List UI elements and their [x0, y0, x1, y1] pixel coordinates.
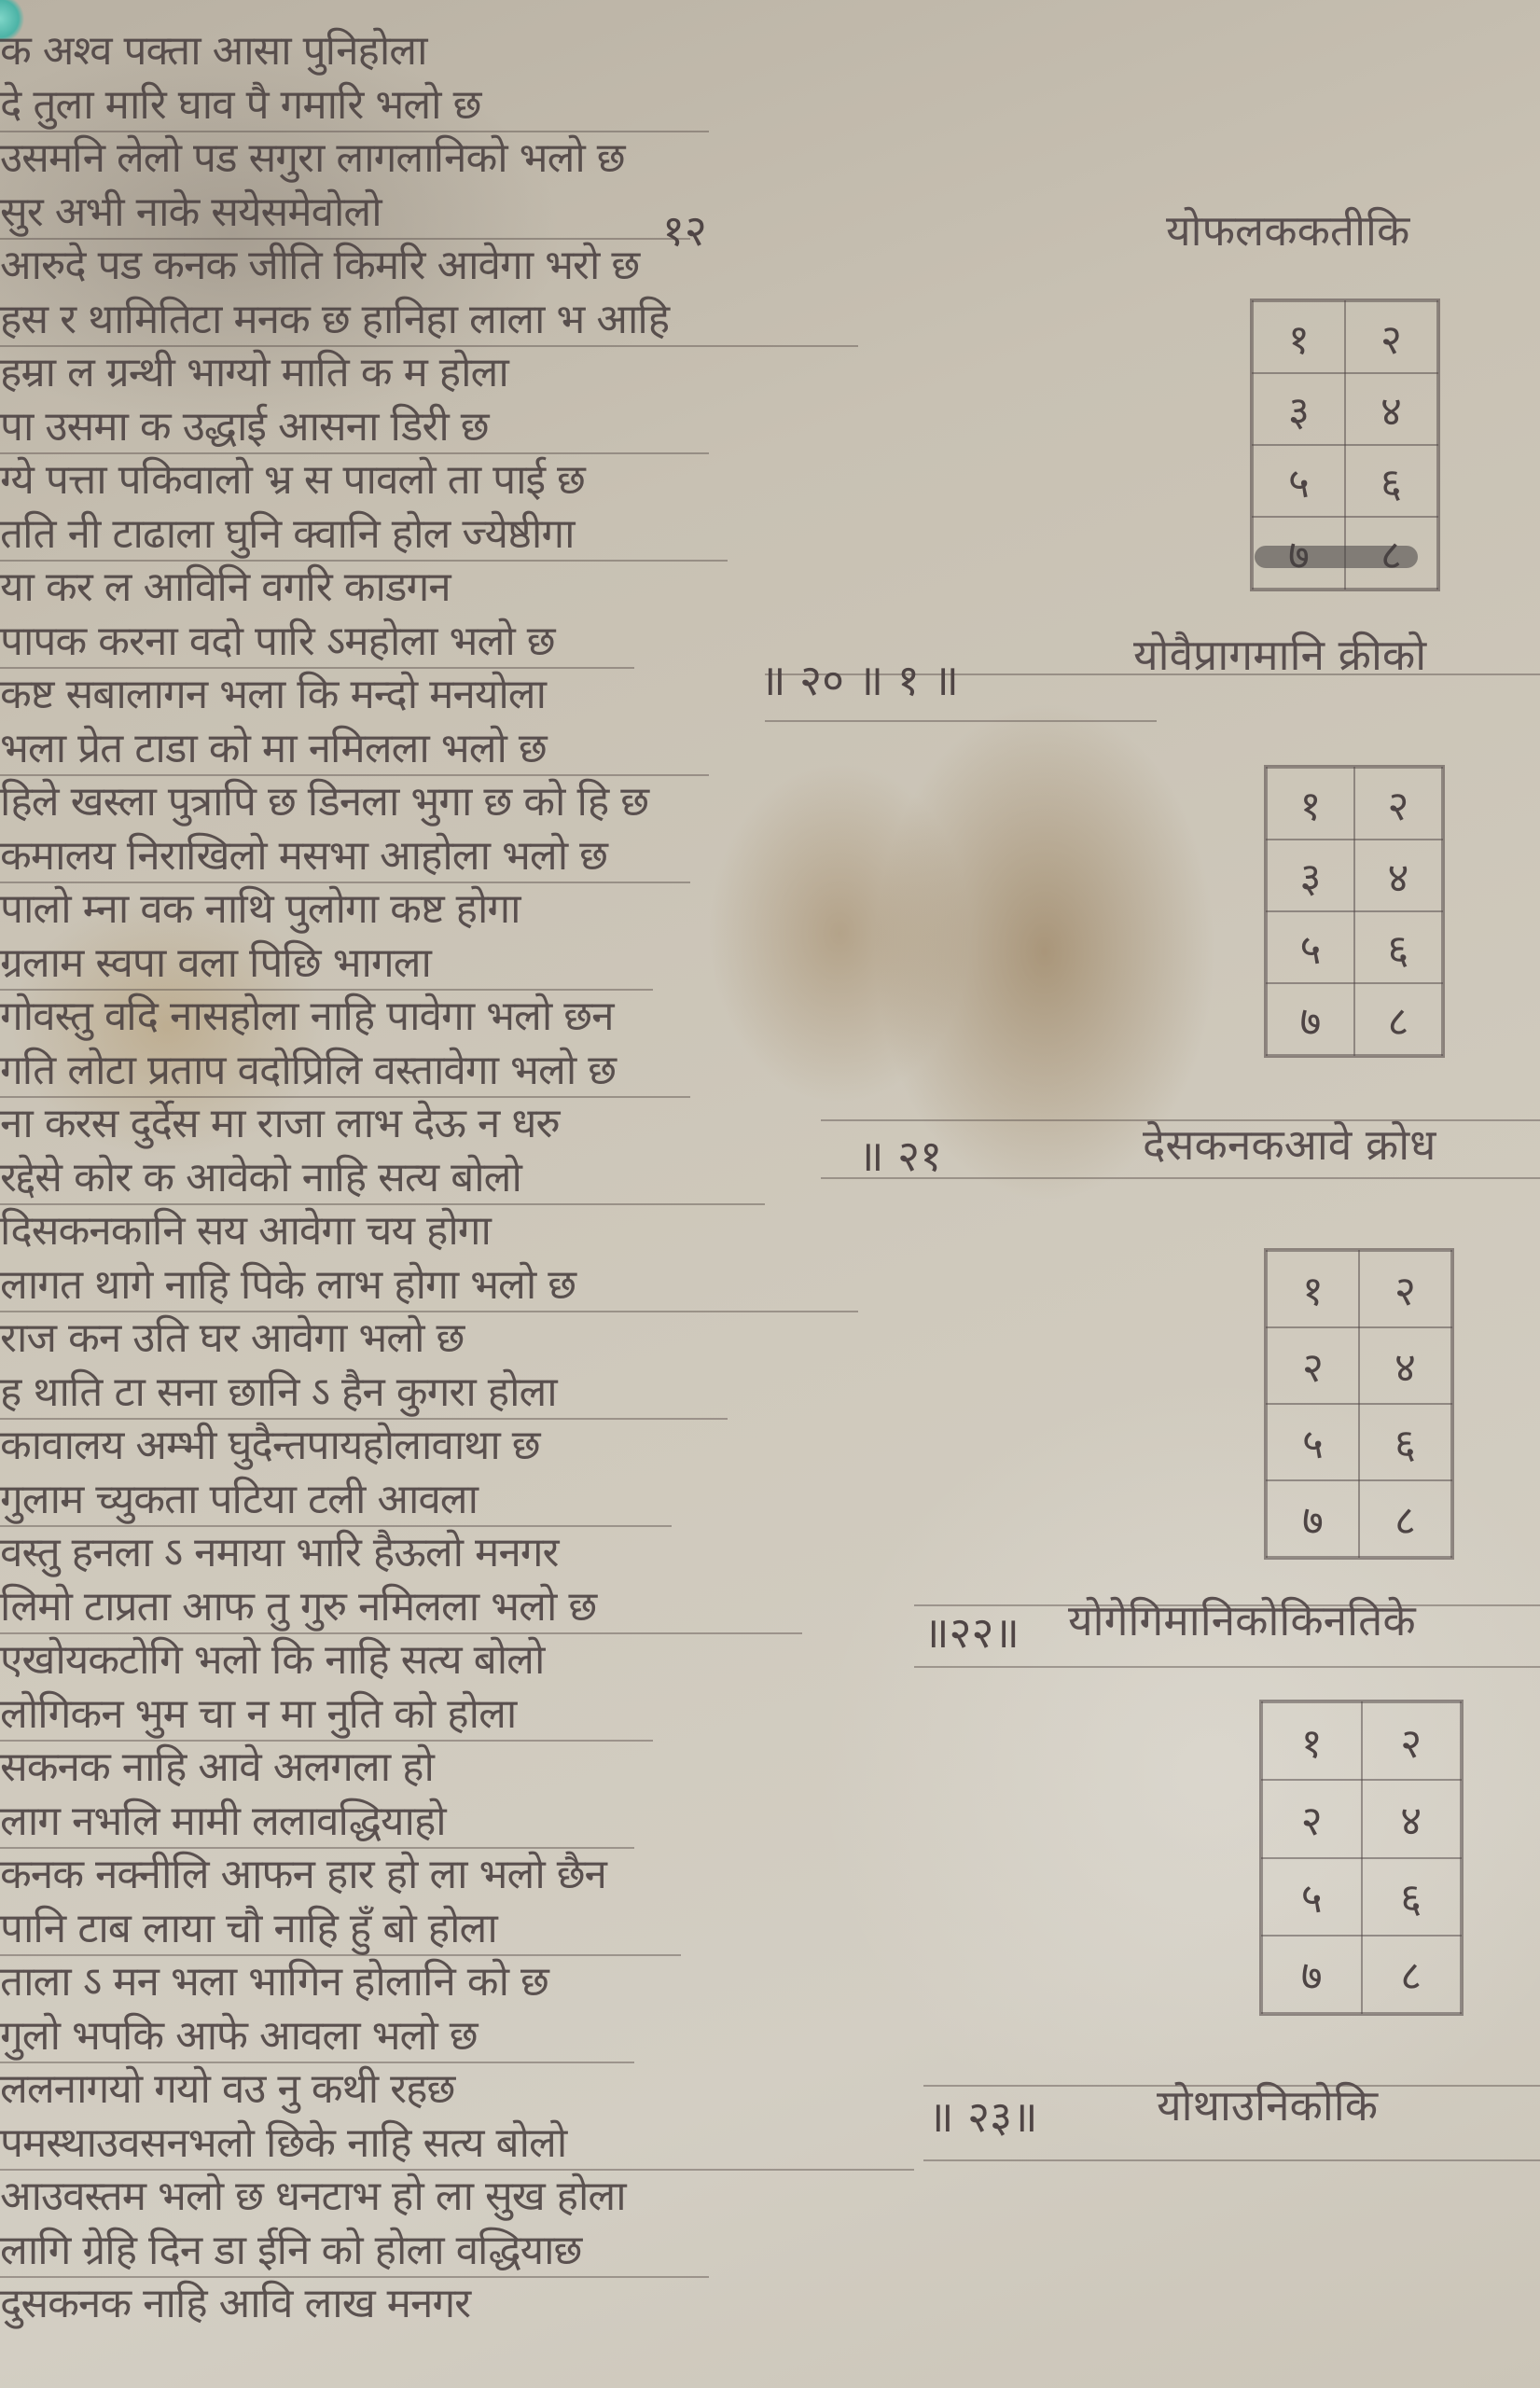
grid-cell: ४ — [1354, 840, 1442, 911]
manuscript-line: हस र थामितिटा मनक छ हानिहा लाला भ आहि — [0, 297, 858, 343]
manuscript-line: दिसकनकानि सय आवेगा चय होगा — [0, 1208, 756, 1255]
ruled-line — [0, 345, 858, 347]
manuscript-line: ह थाति टा सना छानि ऽ हैन कुगरा होला — [0, 1369, 728, 1416]
manuscript-line: दुसकनक नाहि आवि लाख मनगर — [0, 2281, 672, 2327]
manuscript-line: पा उसमा क उद्धाई आसना डिरी छ — [0, 404, 709, 451]
verse-marker-23: ॥ २३॥ — [928, 2087, 1038, 2145]
grid-cell: ६ — [1362, 1858, 1462, 1936]
manuscript-line: ग्रलाम स्वपा वला पिछि भागला — [0, 940, 653, 987]
manuscript-line: कनक नक्नीलि आफन हार हो ला भलो छैन — [0, 1852, 746, 1898]
ruled-line — [0, 1954, 681, 1956]
ruled-line — [0, 131, 709, 132]
verse-heading-20: योवैप्रागमानि क्रीको — [1133, 625, 1426, 683]
grid-cell: ५ — [1253, 445, 1345, 517]
manuscript-line: ताला ऽ मन भला भागिन होलानि को छ — [0, 1959, 746, 2006]
ruled-line — [0, 989, 653, 991]
grid-cell: ५ — [1267, 1404, 1359, 1480]
manuscript-line: कमालय निराखिलो मसभा आहोला भलो छ — [0, 833, 690, 880]
grid-cell: ५ — [1267, 911, 1354, 983]
manuscript-line: गुलो भपकि आफे आवला भलो छ — [0, 2013, 634, 2060]
manuscript-line: दे तुला मारि घाव पै गमारि भलो छ — [0, 82, 709, 129]
grid-cell: ८ — [1362, 1936, 1462, 2013]
ruled-line — [0, 1311, 858, 1312]
verse-heading-21: देसकनकआवे क्रोध — [1143, 1115, 1436, 1173]
grid-cell: ७ — [1262, 1936, 1362, 2013]
manuscript-line: सुर अभी नाके सयेसमेवोलो — [0, 189, 690, 236]
grid-cell: २ — [1362, 1702, 1462, 1780]
manuscript-line: गति लोटा प्रताप वदोप्रिलि वस्तावेगा भलो … — [0, 1048, 690, 1094]
manuscript-line: रद्देसे कोर क आवेको नाहि सत्य बोलो — [0, 1155, 765, 1201]
manuscript-line: आरुदे पड कनक जीति किमरि आवेगा भरो छ — [0, 243, 858, 289]
grid-cell: ४ — [1362, 1780, 1462, 1857]
grid-cell: २ — [1345, 301, 1437, 373]
manuscript-line: क अश्व पक्ता आसा पुनिहोला — [0, 28, 690, 75]
manuscript-line: गुलाम च्युकता पटिया टली आवला — [0, 1477, 672, 1523]
ruled-line — [0, 1525, 672, 1527]
manuscript-line: ना करस दुर्देस मा राजा लाभ देऊ न धरु — [0, 1101, 746, 1147]
ruled-line — [0, 2062, 634, 2063]
manuscript-line: लागि ग्रेहि दिन डा ईनि को होला वद्धियाछ — [0, 2228, 709, 2274]
ruled-line — [765, 720, 1157, 722]
verse-marker-20: ॥ २० ॥ १ ॥ — [760, 650, 959, 708]
ruled-line — [0, 1632, 802, 1634]
grid-cell: २ — [1262, 1780, 1362, 1857]
manuscript-line: या कर ल आविनि वगरि काडगन — [0, 564, 597, 611]
ruled-line — [0, 882, 690, 883]
ruled-line — [0, 1740, 653, 1742]
manuscript-line: कष्ट सबालागन भला कि मन्दो मनयोला — [0, 672, 802, 718]
ruled-line — [0, 774, 709, 776]
manuscript-line: गोवस्तु वदि नासहोला नाहि पावेगा भलो छन — [0, 993, 821, 1040]
ruled-line — [0, 1096, 690, 1098]
manuscript-line: ग्ये पत्ता पकिवालो भ्र स पावलो ता पाई छ — [0, 457, 690, 504]
ruled-line — [923, 2159, 1540, 2161]
manuscript-line: पानि टाब लाया चौ नाहि हुँ बो होला — [0, 1906, 681, 1952]
manuscript-line: एखोयकटोगि भलो कि नाहि सत्य बोलो — [0, 1637, 728, 1684]
manuscript-line: लोगिकन भुम चा न मा नुति को होला — [0, 1691, 653, 1738]
grid-cell: ४ — [1345, 373, 1437, 445]
grid-cell: २ — [1359, 1251, 1451, 1327]
ruled-line — [914, 1666, 1540, 1668]
numeral-grid-3: १२२४५६७८ — [1264, 1248, 1454, 1560]
grid-cell: ७ — [1267, 1480, 1359, 1557]
grid-cell: ३ — [1267, 840, 1354, 911]
grid-cell: ६ — [1359, 1404, 1451, 1480]
grid-cell: ४ — [1359, 1327, 1451, 1404]
grid-cell: ६ — [1345, 445, 1437, 517]
verse-marker-21: ॥ २१ — [858, 1126, 942, 1184]
grid-cell: २ — [1267, 1327, 1359, 1404]
numeral-grid-2: १२३४५६७८ — [1264, 765, 1445, 1058]
ruled-line — [0, 2169, 914, 2171]
ruled-line — [0, 2276, 709, 2278]
manuscript-line: पालो म्ना वक नाथि पुलोगा कष्ट होगा — [0, 886, 746, 933]
manuscript-line: तति नी टाढाला घुनि क्वानि होल ज्येष्ठीगा — [0, 511, 728, 558]
manuscript-line: वस्तु हनला ऽ नमाया भारि हैऊलो मनगर — [0, 1530, 802, 1576]
grid-cell: १ — [1267, 768, 1354, 840]
manuscript-line: हिले खस्ला पुत्रापि छ डिनला भुगा छ को हि… — [0, 779, 746, 826]
manuscript-page: क अश्व पक्ता आसा पुनिहोलादे तुला मारि घा… — [0, 0, 1540, 2388]
grid-cell: ३ — [1253, 373, 1345, 445]
ruled-line — [0, 1203, 765, 1205]
manuscript-line: लाग नभलि मामी ललावद्धियाहो — [0, 1798, 634, 1845]
grid-cell: १ — [1262, 1702, 1362, 1780]
ruled-line — [0, 667, 634, 669]
verse-marker-22: ॥२२॥ — [923, 1603, 1020, 1660]
manuscript-line: सकनक नाहि आवे अलगला हो — [0, 1744, 616, 1791]
manuscript-line: ललनागयो गयो वउ नु कथी रहछ — [0, 2066, 672, 2113]
manuscript-line: उसमनि लेलो पड सगुरा लागलानिको भलो छ — [0, 135, 821, 182]
ink-smudge — [1255, 546, 1418, 568]
manuscript-line: लिमो टाप्रता आफ तु गुरु नमिलला भलो छ — [0, 1584, 802, 1631]
manuscript-line: हम्रा ल ग्रन्थी भाग्यो माति क म होला — [0, 350, 690, 396]
top-verse-marker: १२ — [662, 201, 707, 258]
ruled-line — [0, 238, 690, 240]
manuscript-line: भला प्रेत टाडा को मा नमिलला भलो छ — [0, 726, 709, 772]
grid-cell: १ — [1267, 1251, 1359, 1327]
manuscript-line: कावालय अम्भी घुदैन्तपायहोलावाथा छ — [0, 1423, 784, 1469]
grid-cell: ५ — [1262, 1858, 1362, 1936]
manuscript-line: आउवस्तम भलो छ धनटाभ हो ला सुख होला — [0, 2173, 858, 2220]
grid-cell: ८ — [1359, 1480, 1451, 1557]
grid-cell: ७ — [1267, 983, 1354, 1055]
manuscript-line: लागत थागे नाहि पिके लाभ होगा भलो छ — [0, 1262, 858, 1309]
manuscript-line: पापक करना वदो पारि ऽमहोला भलो छ — [0, 618, 634, 665]
grid-cell: १ — [1253, 301, 1345, 373]
manuscript-line: पमस्थाउवसनभलो छिके नाहि सत्य बोलो — [0, 2120, 914, 2167]
ruled-line — [0, 452, 709, 454]
manuscript-line: राज कन उति घर आवेगा भलो छ — [0, 1315, 690, 1362]
grid-cell: ८ — [1354, 983, 1442, 1055]
grid-cell: २ — [1354, 768, 1442, 840]
numeral-grid-4: १२२४५६७८ — [1259, 1700, 1464, 2016]
top-heading: योफलककतीकि — [1166, 201, 1409, 258]
ruled-line — [0, 1847, 634, 1849]
ruled-line — [0, 560, 728, 562]
verse-heading-22: योगेगिमानिकोकिनतिके — [1068, 1590, 1416, 1648]
grid-cell: ६ — [1354, 911, 1442, 983]
verse-heading-23: योथाउनिकोकि — [1157, 2076, 1378, 2133]
ruled-line — [0, 1418, 728, 1420]
